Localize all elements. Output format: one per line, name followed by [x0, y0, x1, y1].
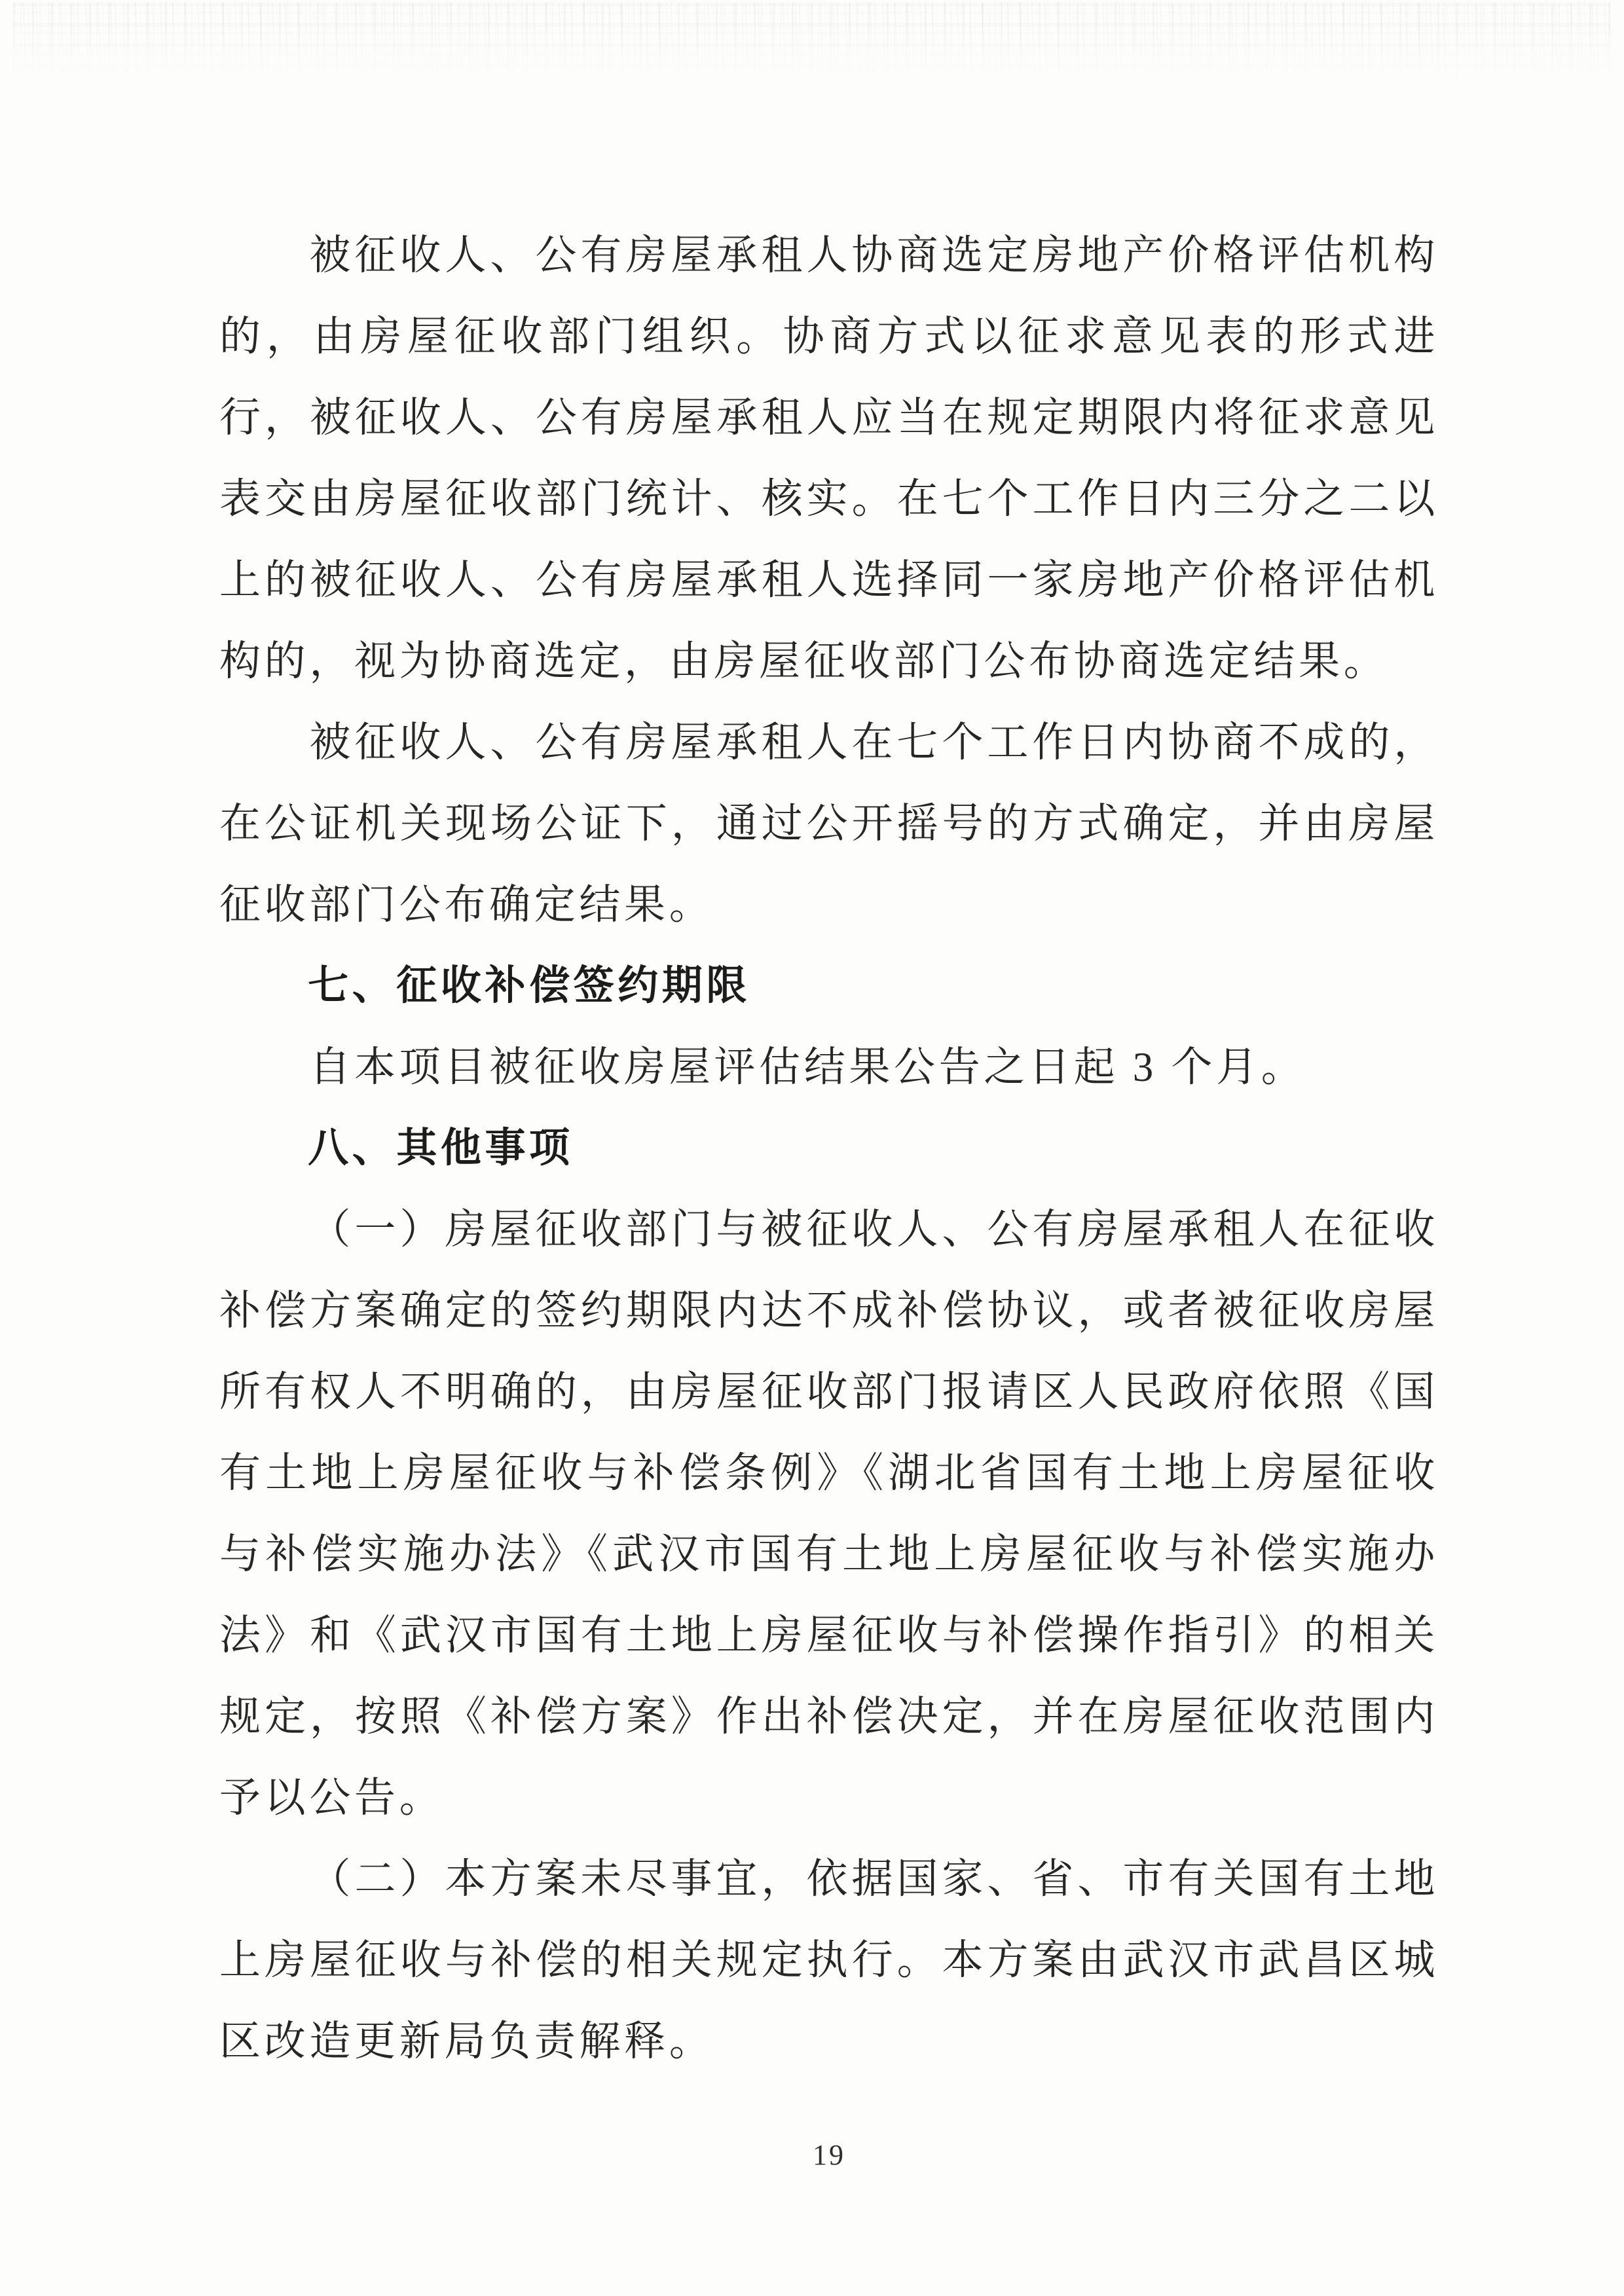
- page-number: 19: [219, 2136, 1439, 2175]
- heading-section-seven: 七、征收补偿签约期限: [219, 945, 1439, 1027]
- heading-section-eight: 八、其他事项: [219, 1108, 1439, 1189]
- paragraph-signing-deadline: 自本项目被征收房屋评估结果公告之日起 3 个月。: [219, 1027, 1439, 1108]
- paragraph-lottery-fallback: 被征收人、公有房屋承租人在七个工作日内协商不成的，在公证机关现场公证下，通过公开…: [219, 702, 1439, 945]
- paragraph-appraisal-selection: 被征收人、公有房屋承租人协商选定房地产价格评估机构的，由房屋征收部门组织。协商方…: [219, 215, 1439, 702]
- document-body: 被征收人、公有房屋承租人协商选定房地产价格评估机构的，由房屋征收部门组织。协商方…: [219, 215, 1439, 2082]
- paragraph-item-one: （一）房屋征收部门与被征收人、公有房屋承租人在征收补偿方案确定的签约期限内达不成…: [219, 1189, 1439, 1838]
- paragraph-item-two: （二）本方案未尽事宜，依据国家、省、市有关国有土地上房屋征收与补偿的相关规定执行…: [219, 1838, 1439, 2082]
- scanned-document-page: 被征收人、公有房屋承租人协商选定房地产价格评估机构的，由房屋征收部门组织。协商方…: [0, 0, 1624, 2296]
- scan-artifact-band: [13, 3, 1611, 80]
